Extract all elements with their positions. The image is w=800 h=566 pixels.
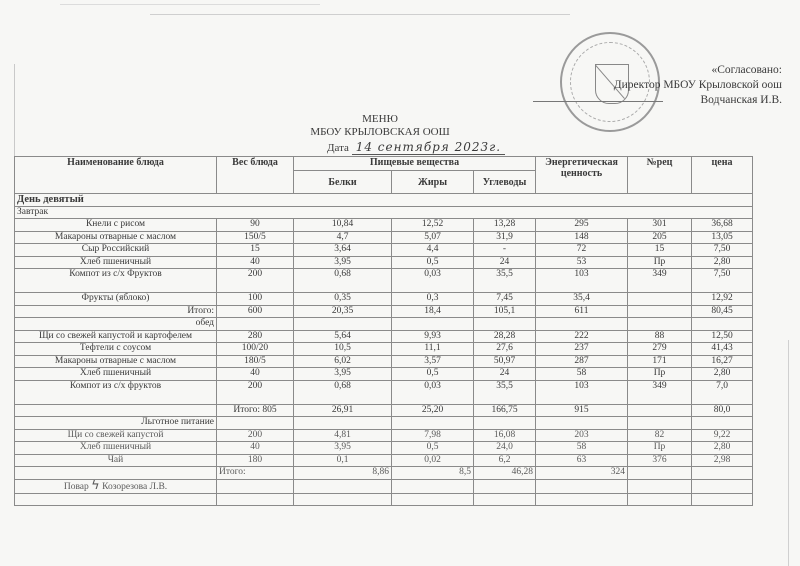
empty-row xyxy=(15,493,753,506)
cell-name: Кнели с рисом xyxy=(15,219,217,232)
cell-fat: 0,5 xyxy=(392,368,474,381)
cell-fat: 9,93 xyxy=(392,330,474,343)
cell-price: 2,80 xyxy=(692,368,753,381)
cell-weight: 200 xyxy=(217,269,294,293)
cell-recipe: 82 xyxy=(628,429,692,442)
cell-energy: 103 xyxy=(536,269,628,293)
col-name-header: Наименование блюда xyxy=(15,157,217,194)
table-row: Тефтели с соусом100/2010,511,127,6237279… xyxy=(15,343,753,356)
cell-carbs: 6,2 xyxy=(474,454,536,467)
empty-cell xyxy=(217,417,294,430)
cell-name: Макароны отварные с маслом xyxy=(15,355,217,368)
table-row: Чай1800,10,026,2633762,98 xyxy=(15,454,753,467)
cell-price: 41,43 xyxy=(692,343,753,356)
empty-cell xyxy=(692,493,753,506)
meal-label: обед xyxy=(15,318,217,331)
col-fat-header: Жиры xyxy=(392,171,474,194)
table-row: Щи со свежей капустой2004,817,9816,08203… xyxy=(15,429,753,442)
cell-fat: 7,98 xyxy=(392,429,474,442)
cell-name: Хлеб пшеничный xyxy=(15,442,217,455)
cell-protein: 0,68 xyxy=(294,269,392,293)
cell-protein: 4,81 xyxy=(294,429,392,442)
empty-cell xyxy=(392,417,474,430)
cell-recipe xyxy=(628,404,692,417)
empty-cell xyxy=(628,479,692,493)
table-row: Кнели с рисом9010,8412,5213,2829530136,6… xyxy=(15,219,753,232)
meal-label-subsidized: Льготное питание xyxy=(15,417,753,430)
table-row: Макароны отварные с маслом150/54,75,0731… xyxy=(15,231,753,244)
table-row: Компот из с/х Фруктов2000,680,0335,51033… xyxy=(15,269,753,293)
cell-name: Хлеб пшеничный xyxy=(15,256,217,269)
cell-energy: 222 xyxy=(536,330,628,343)
empty-cell xyxy=(392,479,474,493)
empty-cell xyxy=(536,493,628,506)
col-price-header: цена xyxy=(692,157,753,194)
empty-cell xyxy=(217,479,294,493)
cell-protein: 3,64 xyxy=(294,244,392,257)
cell-price: 7,50 xyxy=(692,244,753,257)
cell-recipe: 171 xyxy=(628,355,692,368)
cell-recipe xyxy=(628,305,692,318)
cell-fat: 25,20 xyxy=(392,404,474,417)
cell-recipe xyxy=(628,293,692,306)
cell-protein: 8,86 xyxy=(294,467,392,480)
cell-name: Компот из с/х фруктов xyxy=(15,380,217,404)
cell-fat: 5,07 xyxy=(392,231,474,244)
empty-cell xyxy=(536,479,628,493)
signature-icon: ϟ xyxy=(91,479,100,493)
empty-cell xyxy=(474,493,536,506)
cell-price: 2,80 xyxy=(692,256,753,269)
cell-recipe: 205 xyxy=(628,231,692,244)
approval-position: Директор МБОУ Крыловской оош xyxy=(582,78,782,93)
meal-label: Льготное питание xyxy=(15,417,217,430)
cell-price: 36,68 xyxy=(692,219,753,232)
col-protein-header: Белки xyxy=(294,171,392,194)
cell-energy: 611 xyxy=(536,305,628,318)
empty-cell xyxy=(536,417,628,430)
cell-fat: 4,4 xyxy=(392,244,474,257)
cell-protein: 3,95 xyxy=(294,442,392,455)
cell-protein: 20,35 xyxy=(294,305,392,318)
cook-label: Повар xyxy=(64,482,89,492)
cell-price: 12,92 xyxy=(692,293,753,306)
empty-cell xyxy=(692,318,753,331)
cell-energy: 203 xyxy=(536,429,628,442)
cell-carbs: 13,28 xyxy=(474,219,536,232)
cell-name: Фрукты (яблоко) xyxy=(15,293,217,306)
meal-label-lunch: обед xyxy=(15,318,753,331)
cell-energy: 324 xyxy=(536,467,628,480)
cell-carbs: 46,28 xyxy=(474,467,536,480)
cell-energy: 63 xyxy=(536,454,628,467)
cell-weight: 200 xyxy=(217,429,294,442)
lunch-total-row: Итого: 80526,9125,20166,7591580,0 xyxy=(15,404,753,417)
cell-name: Компот из с/х Фруктов xyxy=(15,269,217,293)
cell-fat: 0,03 xyxy=(392,269,474,293)
cell-name: Тефтели с соусом xyxy=(15,343,217,356)
cell-energy: 58 xyxy=(536,442,628,455)
cell-carbs: 105,1 xyxy=(474,305,536,318)
total-label: Итого: 805 xyxy=(217,404,294,417)
approval-name: Водчанская И.В. xyxy=(582,93,782,108)
table-row: Компот из с/х фруктов2000,680,0335,51033… xyxy=(15,380,753,404)
cell-weight: 100/20 xyxy=(217,343,294,356)
cell-protein: 0,35 xyxy=(294,293,392,306)
cell-carbs: 27,6 xyxy=(474,343,536,356)
cell-fat: 18,4 xyxy=(392,305,474,318)
col-weight-header: Вес блюда xyxy=(217,157,294,194)
table-row: Щи со свежей капустой и картофелем2805,6… xyxy=(15,330,753,343)
table-row: Хлеб пшеничный403,950,52453Пр2,80 xyxy=(15,256,753,269)
cell-carbs: 24 xyxy=(474,256,536,269)
cell-fat: 11,1 xyxy=(392,343,474,356)
empty-cell xyxy=(392,493,474,506)
empty-cell xyxy=(294,493,392,506)
empty-cell xyxy=(628,493,692,506)
cell-recipe: 349 xyxy=(628,269,692,293)
cell-energy: 35,4 xyxy=(536,293,628,306)
cell-carbs: 24,0 xyxy=(474,442,536,455)
col-carbs-header: Углеводы xyxy=(474,171,536,194)
cell-weight: 40 xyxy=(217,256,294,269)
cell-recipe: 15 xyxy=(628,244,692,257)
cook-name: Козорезова Л.В. xyxy=(102,482,167,492)
table-row: Хлеб пшеничный403,950,52458Пр2,80 xyxy=(15,368,753,381)
empty-cell xyxy=(628,318,692,331)
cell-energy: 237 xyxy=(536,343,628,356)
table-row: Макароны отварные с маслом180/56,023,575… xyxy=(15,355,753,368)
approval-heading: «Согласовано: xyxy=(582,63,782,78)
cell-fat: 3,57 xyxy=(392,355,474,368)
cell-carbs: 35,5 xyxy=(474,380,536,404)
cell-recipe: 301 xyxy=(628,219,692,232)
cell-protein: 0,1 xyxy=(294,454,392,467)
cell-protein: 5,64 xyxy=(294,330,392,343)
cell-price: 16,27 xyxy=(692,355,753,368)
subsidized-total-row: Итого:8,868,546,28324 xyxy=(15,467,753,480)
day-label: День девятый xyxy=(15,194,753,207)
cook-signature: Повар ϟ Козорезова Л.В. xyxy=(15,479,217,493)
cell-protein: 10,84 xyxy=(294,219,392,232)
empty-cell xyxy=(628,417,692,430)
cell-carbs: - xyxy=(474,244,536,257)
cook-signature-row: Повар ϟ Козорезова Л.В. xyxy=(15,479,753,493)
cell-price: 12,50 xyxy=(692,330,753,343)
cell-recipe: Пр xyxy=(628,368,692,381)
cell-protein: 0,68 xyxy=(294,380,392,404)
cell-energy: 915 xyxy=(536,404,628,417)
empty-cell xyxy=(294,318,392,331)
cell-energy: 287 xyxy=(536,355,628,368)
cell-weight: 280 xyxy=(217,330,294,343)
cell-weight: 90 xyxy=(217,219,294,232)
cell-weight: 40 xyxy=(217,442,294,455)
date-label: Дата xyxy=(327,142,349,154)
cell-fat: 0,5 xyxy=(392,442,474,455)
cell-carbs: 166,75 xyxy=(474,404,536,417)
col-energy-header: Энергетическая ценность xyxy=(536,157,628,194)
cell-fat: 0,03 xyxy=(392,380,474,404)
cell-weight: 150/5 xyxy=(217,231,294,244)
cell-name: Хлеб пшеничный xyxy=(15,368,217,381)
total-label: Итого: xyxy=(217,467,294,480)
cell-recipe: 376 xyxy=(628,454,692,467)
cell-price: 7,50 xyxy=(692,269,753,293)
cell-price: 13,05 xyxy=(692,231,753,244)
cell-protein: 3,95 xyxy=(294,256,392,269)
table-row: Фрукты (яблоко)1000,350,37,4535,412,92 xyxy=(15,293,753,306)
empty-cell xyxy=(217,493,294,506)
empty-cell xyxy=(474,479,536,493)
table-row: Сыр Российский153,644,4-72157,50 xyxy=(15,244,753,257)
cell-energy: 58 xyxy=(536,368,628,381)
cell-recipe: 88 xyxy=(628,330,692,343)
cell-price: 2,98 xyxy=(692,454,753,467)
cell-carbs: 7,45 xyxy=(474,293,536,306)
cell-weight: 15 xyxy=(217,244,294,257)
cell-protein: 3,95 xyxy=(294,368,392,381)
empty-cell xyxy=(294,479,392,493)
empty-cell xyxy=(392,318,474,331)
cell-energy: 103 xyxy=(536,380,628,404)
cell-fat: 8,5 xyxy=(392,467,474,480)
cell-carbs: 24 xyxy=(474,368,536,381)
empty-cell xyxy=(15,404,217,417)
cell-energy: 72 xyxy=(536,244,628,257)
school-name: МБОУ КРЫЛОВСКАЯ ООШ xyxy=(300,126,460,138)
cell-name: Щи со свежей капустой xyxy=(15,429,217,442)
cell-protein: 26,91 xyxy=(294,404,392,417)
cell-recipe: Пр xyxy=(628,256,692,269)
cell-weight: 40 xyxy=(217,368,294,381)
cell-recipe: 279 xyxy=(628,343,692,356)
empty-cell xyxy=(692,417,753,430)
breakfast-total-row: Итого:60020,3518,4105,161180,45 xyxy=(15,305,753,318)
empty-cell xyxy=(628,467,692,480)
col-nutrients-header: Пищевые вещества xyxy=(294,157,536,171)
cell-price: 80,45 xyxy=(692,305,753,318)
cell-carbs: 35,5 xyxy=(474,269,536,293)
cell-carbs: 50,97 xyxy=(474,355,536,368)
cell-name: Чай xyxy=(15,454,217,467)
total-label: Итого: xyxy=(15,305,217,318)
cell-name: Сыр Российский xyxy=(15,244,217,257)
cell-energy: 53 xyxy=(536,256,628,269)
cell-weight: 100 xyxy=(217,293,294,306)
cell-price: 2,80 xyxy=(692,442,753,455)
approval-block: «Согласовано: Директор МБОУ Крыловской о… xyxy=(582,63,782,108)
cell-fat: 12,52 xyxy=(392,219,474,232)
document-title: МЕНЮ xyxy=(300,113,460,125)
cell-weight: 180/5 xyxy=(217,355,294,368)
cell-energy: 148 xyxy=(536,231,628,244)
col-recipe-header: №рец xyxy=(628,157,692,194)
cell-fat: 0,02 xyxy=(392,454,474,467)
cell-fat: 0,5 xyxy=(392,256,474,269)
cell-price: 7,0 xyxy=(692,380,753,404)
empty-cell xyxy=(692,479,753,493)
empty-cell xyxy=(294,417,392,430)
scan-artifact xyxy=(60,4,320,5)
empty-cell xyxy=(15,493,217,506)
table-row: Хлеб пшеничный403,950,524,058Пр2,80 xyxy=(15,442,753,455)
empty-cell xyxy=(15,467,217,480)
cell-price: 9,22 xyxy=(692,429,753,442)
date-line: Дата 14 сентября 2023г. xyxy=(327,140,505,154)
page-edge xyxy=(788,340,789,566)
cell-carbs: 28,28 xyxy=(474,330,536,343)
scan-artifact xyxy=(150,14,570,15)
cell-weight: 200 xyxy=(217,380,294,404)
cell-protein: 4,7 xyxy=(294,231,392,244)
menu-table: Наименование блюда Вес блюда Пищевые вещ… xyxy=(14,156,753,506)
empty-cell xyxy=(474,318,536,331)
cell-carbs: 31,9 xyxy=(474,231,536,244)
empty-cell xyxy=(217,318,294,331)
meal-label-breakfast: Завтрак xyxy=(15,206,753,219)
empty-cell xyxy=(474,417,536,430)
cell-price: 80,0 xyxy=(692,404,753,417)
cell-name: Щи со свежей капустой и картофелем xyxy=(15,330,217,343)
cell-protein: 6,02 xyxy=(294,355,392,368)
cell-recipe: Пр xyxy=(628,442,692,455)
cell-energy: 295 xyxy=(536,219,628,232)
empty-cell xyxy=(692,467,753,480)
cell-fat: 0,3 xyxy=(392,293,474,306)
cell-protein: 10,5 xyxy=(294,343,392,356)
cell-weight: 600 xyxy=(217,305,294,318)
date-value: 14 сентября 2023г. xyxy=(352,140,505,155)
cell-weight: 180 xyxy=(217,454,294,467)
cell-carbs: 16,08 xyxy=(474,429,536,442)
cell-name: Макароны отварные с маслом xyxy=(15,231,217,244)
empty-cell xyxy=(536,318,628,331)
cell-recipe: 349 xyxy=(628,380,692,404)
